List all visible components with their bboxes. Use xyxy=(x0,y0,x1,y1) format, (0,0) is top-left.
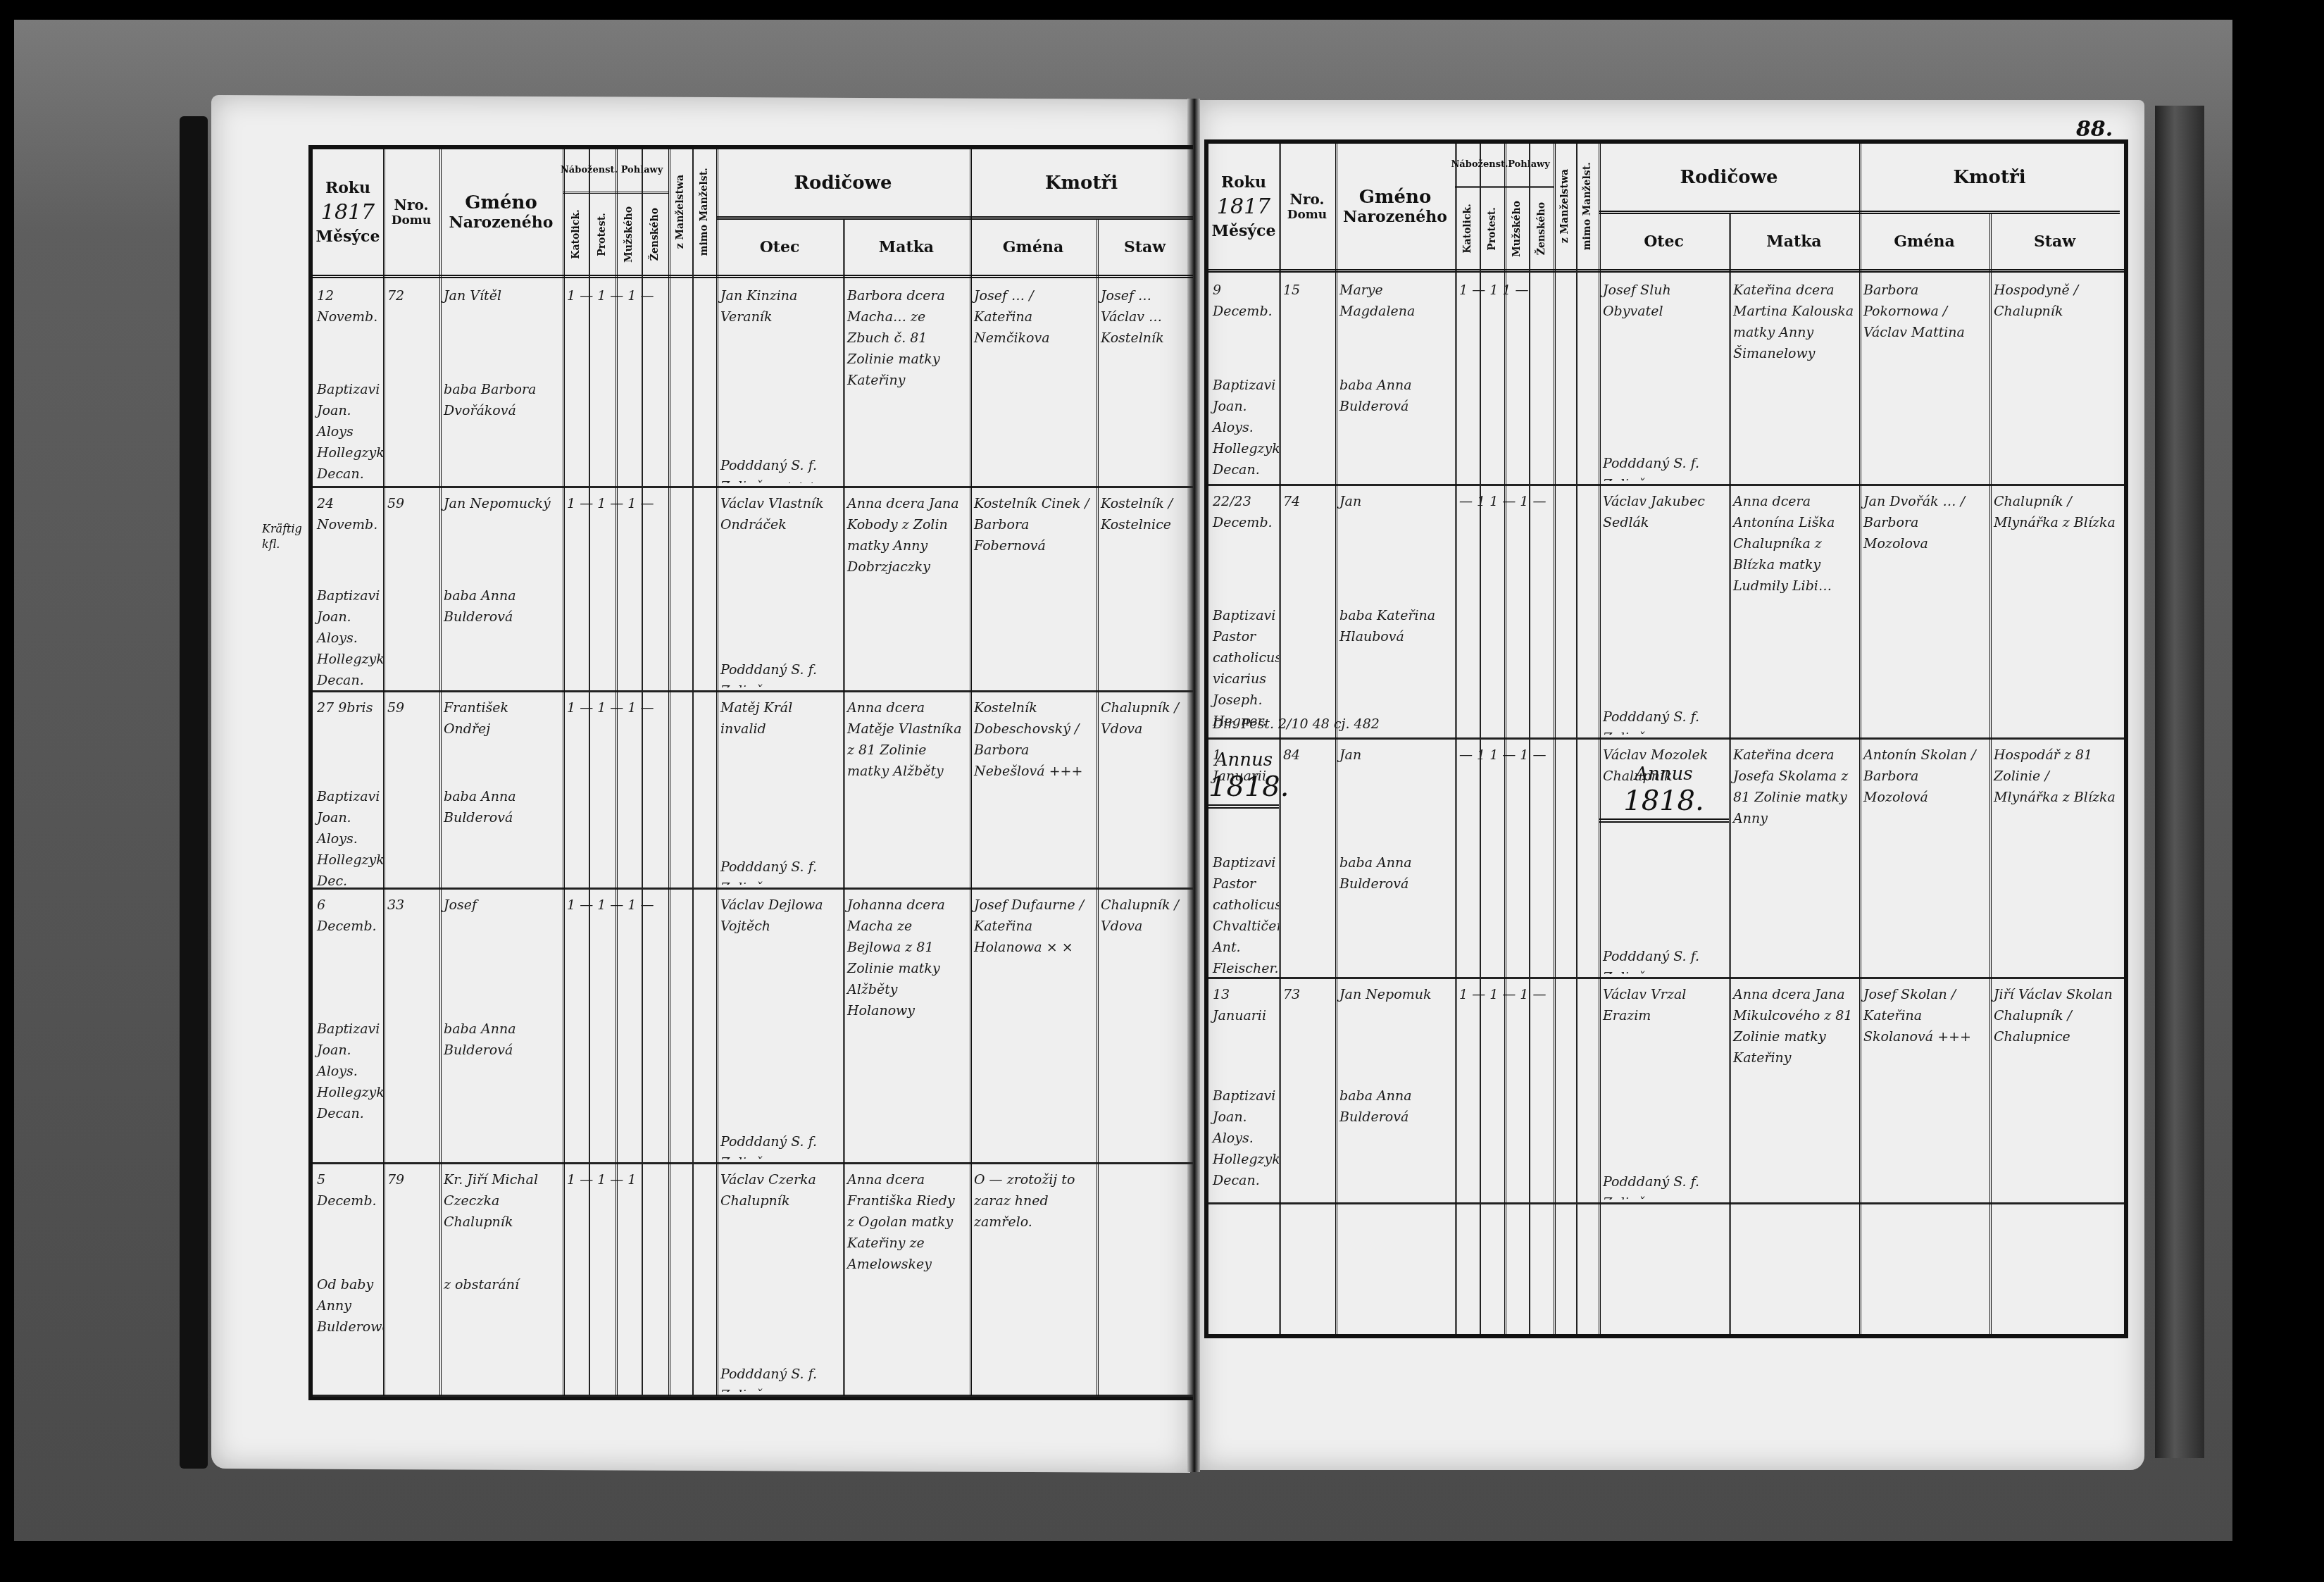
header-roku: Roku xyxy=(325,179,370,197)
header-parents-right: Rodičowe xyxy=(1599,144,1859,214)
entry-baptized-by: Baptizavi Joan. Aloys Hollegzyk Decan. xyxy=(313,372,383,486)
header-protestant-text: Protest. xyxy=(596,213,608,256)
entry-midwife: baba Anna Bulderová xyxy=(439,578,563,691)
header-catholic-right: Katolick. xyxy=(1455,188,1480,269)
header-parents: Rodičowe xyxy=(716,149,970,220)
entry-house-number: 74 xyxy=(1279,484,1335,737)
header-nro-right: Nro. xyxy=(1290,191,1325,208)
entry-godparent-names: Josef Dufaurne / Kateřina Holanowa × × xyxy=(970,887,1097,1162)
page-number: 88. xyxy=(2076,117,2113,142)
header-illegitimate: mimo Manželst. xyxy=(692,149,716,275)
entry-midwife: baba Anna Bulderová xyxy=(439,1011,563,1163)
entry-godparent-status xyxy=(1097,1162,1193,1395)
entry-subject-note: Podddaný S. f. Zoliněm. xyxy=(1599,699,1729,735)
header-female: Ženského xyxy=(642,194,668,275)
register-entry: 27 9brisBaptizavi Joan. Aloys. Hollegzyk… xyxy=(313,690,1193,890)
header-house-right: Nro. Domu xyxy=(1279,144,1335,269)
header-male: Mužského xyxy=(616,194,642,275)
header-female-text: Ženského xyxy=(649,208,661,261)
header-mesyce-right: Měsýce xyxy=(1212,222,1276,240)
entry-subject-note: Podddaný S. f. Zoliněm. xyxy=(1599,939,1729,974)
entry-midwife: z obstarání xyxy=(439,1267,563,1395)
entry-house-number: 15 xyxy=(1279,273,1335,484)
header-narozeneho-right: Narozeného xyxy=(1343,208,1447,226)
entry-godparent-status: Hospodář z 81 Zolinie / Mlynářka z Blízk… xyxy=(1989,737,2120,977)
entry-baptized-by: Od baby Anny Bulderowé xyxy=(313,1267,383,1395)
header-catholic-text-right: Katolick. xyxy=(1462,204,1473,254)
header-gmeno-right: Gméno xyxy=(1359,187,1432,208)
entry-mother: Anna dcera Jana Kobody z Zolin matky Ann… xyxy=(843,486,970,690)
entry-mother: Anna dcera Jana Mikulcového z 81 Zolinie… xyxy=(1729,977,1859,1202)
header-godparent-names-right: Gména xyxy=(1859,214,1989,269)
header-domu-right: Domu xyxy=(1287,208,1327,222)
entry-extra-note: Dir. Pest. 2/10 48 cj. 482 xyxy=(1208,706,1448,735)
entry-godparent-names: Josef … / Kateřina Nemčikova xyxy=(970,278,1097,486)
entry-mother: Kateřina dcera Martina Kalouska matky An… xyxy=(1729,273,1859,484)
annus-year: 1818. xyxy=(1208,771,1279,809)
header-protestant-text-right: Protest. xyxy=(1487,207,1498,251)
header-male-text: Mužského xyxy=(623,206,635,263)
book-edge-right xyxy=(2155,106,2204,1458)
header-year-right: Roku 1817 Měsýce xyxy=(1208,144,1279,269)
entry-godparent-names: Barbora Pokornowa / Václav Mattina xyxy=(1859,273,1989,484)
header-nro: Nro. xyxy=(394,197,429,213)
header-mother-right: Matka xyxy=(1729,214,1859,269)
register-entry: 24 Novemb.Baptizavi Joan. Aloys. Hollegz… xyxy=(313,486,1193,692)
entry-mother: Barbora dcera Macha… ze Zbuch č. 81 Zoli… xyxy=(843,278,970,486)
header-protestant-right: Protest. xyxy=(1480,188,1504,269)
register-entry: 9 Decemb.Baptizavi Joan. Aloys. Hollegzy… xyxy=(1208,273,2124,486)
header-year-value-right: 1817 xyxy=(1217,194,1270,219)
entry-godparent-status: Chalupník / Mlynářka z Blízka xyxy=(1989,484,2120,737)
entry-godparent-status: Kostelník / Kostelnice xyxy=(1097,486,1193,690)
entry-midwife: baba Anna Bulderová xyxy=(1335,1078,1455,1202)
entry-subject-note: Podddaný S. f. Zoliněm. xyxy=(1599,1164,1729,1200)
header-godparent-status-right: Staw xyxy=(1989,214,2120,269)
header-catholic-text: Katolick. xyxy=(570,209,582,259)
entry-godparent-status: Chalupník / Vdova xyxy=(1097,887,1193,1162)
entry-godparent-status: Josef … Václav … Kostelník xyxy=(1097,278,1193,486)
header-legitimate-text-right: z Manželstwa xyxy=(1559,169,1570,243)
table-header-right: Roku 1817 Měsýce Nro. Domu Gméno Narozen… xyxy=(1208,144,2124,273)
header-illegitimate-right: mimo Manželst. xyxy=(1576,144,1599,269)
header-narozeneho: Narozeného xyxy=(449,213,554,232)
header-godparent-status: Staw xyxy=(1097,220,1193,275)
entry-mother: Johanna dcera Macha ze Bejlowa z 81 Zoli… xyxy=(843,887,970,1162)
entry-godparent-names: Kostelník Cinek / Barbora Fobernová xyxy=(970,486,1097,690)
register-entry: 5 Decemb.Od baby Anny Bulderowé79Kr. Jiř… xyxy=(313,1162,1193,1397)
annus-marker-date-col: Annus 1818. xyxy=(1208,749,1279,809)
entry-baptized-by: Baptizavi Joan. Aloys. Hollegzyk Decan. xyxy=(1208,1078,1279,1202)
entry-godparent-status: Jiří Václav Skolan Chalupník / Chalupnic… xyxy=(1989,977,2120,1202)
entry-father: Václav Dejlowa Vojtěch xyxy=(716,887,843,1162)
entry-house-number: 59 xyxy=(383,690,439,887)
header-year: Roku 1817 Měsýce xyxy=(313,149,383,275)
header-year-value: 1817 xyxy=(321,200,375,225)
annus-marker-father-col: Annus 1818. xyxy=(1599,764,1729,823)
header-name: Gméno Narozeného xyxy=(439,149,563,275)
entry-mother: Kateřina dcera Josefa Skolama z 81 Zolin… xyxy=(1729,737,1859,977)
header-illegitimate-text-right: mimo Manželst. xyxy=(1582,162,1593,250)
entry-house-number: 79 xyxy=(383,1162,439,1395)
entry-midwife: baba Anna Bulderová xyxy=(439,779,563,887)
entry-godparent-names: Jan Dvořák … / Barbora Mozolova xyxy=(1859,484,1989,737)
entry-godparent-names: Kostelník Dobeschovský / Barbora Nebešlo… xyxy=(970,690,1097,887)
header-godparents-right: Kmotři xyxy=(1859,144,2120,214)
entry-mother: Anna dcera Antonína Liška Chalupníka z B… xyxy=(1729,484,1859,737)
header-male-right: Mužského xyxy=(1504,188,1529,269)
entry-baptized-by: Baptizavi Joan. Aloys. Hollegzyk Decan. xyxy=(1208,368,1279,484)
header-godparent-names: Gména xyxy=(970,220,1097,275)
entry-godparent-status: Chalupník / Vdova xyxy=(1097,690,1193,887)
annus-label-2: Annus xyxy=(1599,764,1729,785)
entry-mother: Anna dcera Františka Riedy z Ogolan matk… xyxy=(843,1162,970,1395)
register-table-left: Roku 1817 Měsýce Nro. Domu Gméno Narozen… xyxy=(308,145,1193,1400)
entry-midwife: baba Anna Bulderová xyxy=(1335,368,1455,484)
entry-baptized-by: Baptizavi Joan. Aloys. Hollegzyk Decan. xyxy=(313,1011,383,1163)
header-roku-right: Roku xyxy=(1221,173,1266,192)
entry-godparent-names: O — zrotožij to zaraz hned zamřelo. xyxy=(970,1162,1097,1395)
register-entry: 13 JanuariiBaptizavi Joan. Aloys. Holleg… xyxy=(1208,977,2124,1204)
entry-house-number: 73 xyxy=(1279,977,1335,1202)
entry-house-number: 33 xyxy=(383,887,439,1162)
entry-house-number: 59 xyxy=(383,486,439,690)
header-father: Otec xyxy=(716,220,843,275)
entry-godparent-status: Hospodyně / Chalupník xyxy=(1989,273,2120,484)
header-father-right: Otec xyxy=(1599,214,1729,269)
header-catholic: Katolick. xyxy=(563,194,589,275)
entry-subject-note: Podddaný S. f. Zoliněm. xyxy=(716,1124,843,1159)
entries-left: 12 Novemb.Baptizavi Joan. Aloys Hollegzy… xyxy=(313,278,1193,1396)
header-gmeno: Gméno xyxy=(465,192,537,213)
entry-baptized-by: Baptizavi Joan. Aloys. Hollegzyk Dec. xyxy=(313,779,383,887)
entry-subject-note: Podddaný S. f. Zoliněm. xyxy=(716,652,843,687)
header-mesyce: Měsýce xyxy=(316,228,380,246)
register-entry: 22/23 Decemb.Baptizavi Pastor catholicus… xyxy=(1208,484,2124,740)
entry-baptized-by: Baptizavi Pastor catholicus Chvaltičensi… xyxy=(1208,845,1279,977)
header-female-right: Ženského xyxy=(1529,188,1554,269)
entry-godparent-names: Josef Skolan / Kateřina Skolanová +++ xyxy=(1859,977,1989,1202)
annus-year-2: 1818. xyxy=(1599,785,1729,823)
header-male-text-right: Mužského xyxy=(1511,201,1523,257)
entry-mother: Anna dcera Matěje Vlastníka z 81 Zolinie… xyxy=(843,690,970,887)
entry-subject-note: Podddaný S. f. Zoliněm. xyxy=(716,1357,843,1392)
header-legitimate-right: z Manželstwa xyxy=(1554,144,1576,269)
register-entry: 12 Novemb.Baptizavi Joan. Aloys Hollegzy… xyxy=(313,278,1193,488)
register-table-right: Roku 1817 Měsýce Nro. Domu Gméno Narozen… xyxy=(1204,139,2128,1338)
entry-midwife: baba Anna Bulderová xyxy=(1335,845,1455,977)
entry-subject-note: Podddaný S. f. Zoliněm. +++ xyxy=(716,448,843,483)
table-header: Roku 1817 Měsýce Nro. Domu Gméno Narozen… xyxy=(313,149,1193,278)
header-name-right: Gméno Narozeného xyxy=(1335,144,1455,269)
margin-note: Kräftig kfl. xyxy=(262,521,302,552)
header-protestant: Protest. xyxy=(589,194,616,275)
annus-label: Annus xyxy=(1208,749,1279,771)
register-entry: 6 Decemb.Baptizavi Joan. Aloys. Hollegzy… xyxy=(313,887,1193,1164)
header-house: Nro. Domu xyxy=(383,149,439,275)
header-mother: Matka xyxy=(843,220,970,275)
header-female-text-right: Ženského xyxy=(1536,202,1547,255)
entry-midwife: baba Barbora Dvořáková xyxy=(439,372,563,486)
entry-subject-note: Podddaný S. f. Zoliněm. xyxy=(1599,446,1729,481)
entry-godparent-names: Antonín Skolan / Barbora Mozolová xyxy=(1859,737,1989,977)
entry-house-number: 72 xyxy=(383,278,439,486)
header-godparents: Kmotři xyxy=(970,149,1193,220)
header-legitimate: z Manželstwa xyxy=(668,149,692,275)
header-domu: Domu xyxy=(392,213,431,228)
entry-baptized-by: Baptizavi Joan. Aloys. Hollegzyk Decan. xyxy=(313,578,383,691)
header-legitimate-text: z Manželstwa xyxy=(675,175,686,249)
entry-subject-note: Podddaný S. f. Zoliněm. xyxy=(716,849,843,885)
book-edge-left xyxy=(180,116,208,1469)
header-illegitimate-text: mimo Manželst. xyxy=(699,168,710,256)
